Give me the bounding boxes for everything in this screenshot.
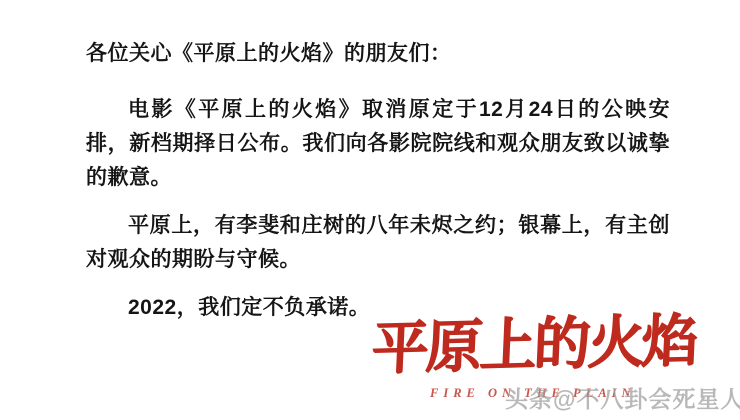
paragraph-cancellation: 电影《平原上的火焰》取消原定于12月24日的公映安排，新档期择日公布。我们向各影… xyxy=(86,93,670,195)
toutiao-watermark: 头条@不八卦会死星人. xyxy=(505,381,740,414)
salutation-line: 各位关心《平原上的火焰》的朋友们： xyxy=(86,37,670,71)
announcement-card: 各位关心《平原上的火焰》的朋友们： 电影《平原上的火焰》取消原定于12月24日的… xyxy=(0,0,740,420)
paragraph-promise: 平原上，有李斐和庄树的八年未烬之约；银幕上，有主创对观众的期盼与守候。 xyxy=(86,209,670,277)
movie-logo-chinese-title: 平原上的火焰 xyxy=(370,309,723,381)
announcement-text-block: 各位关心《平原上的火焰》的朋友们： 电影《平原上的火焰》取消原定于12月24日的… xyxy=(0,0,740,339)
